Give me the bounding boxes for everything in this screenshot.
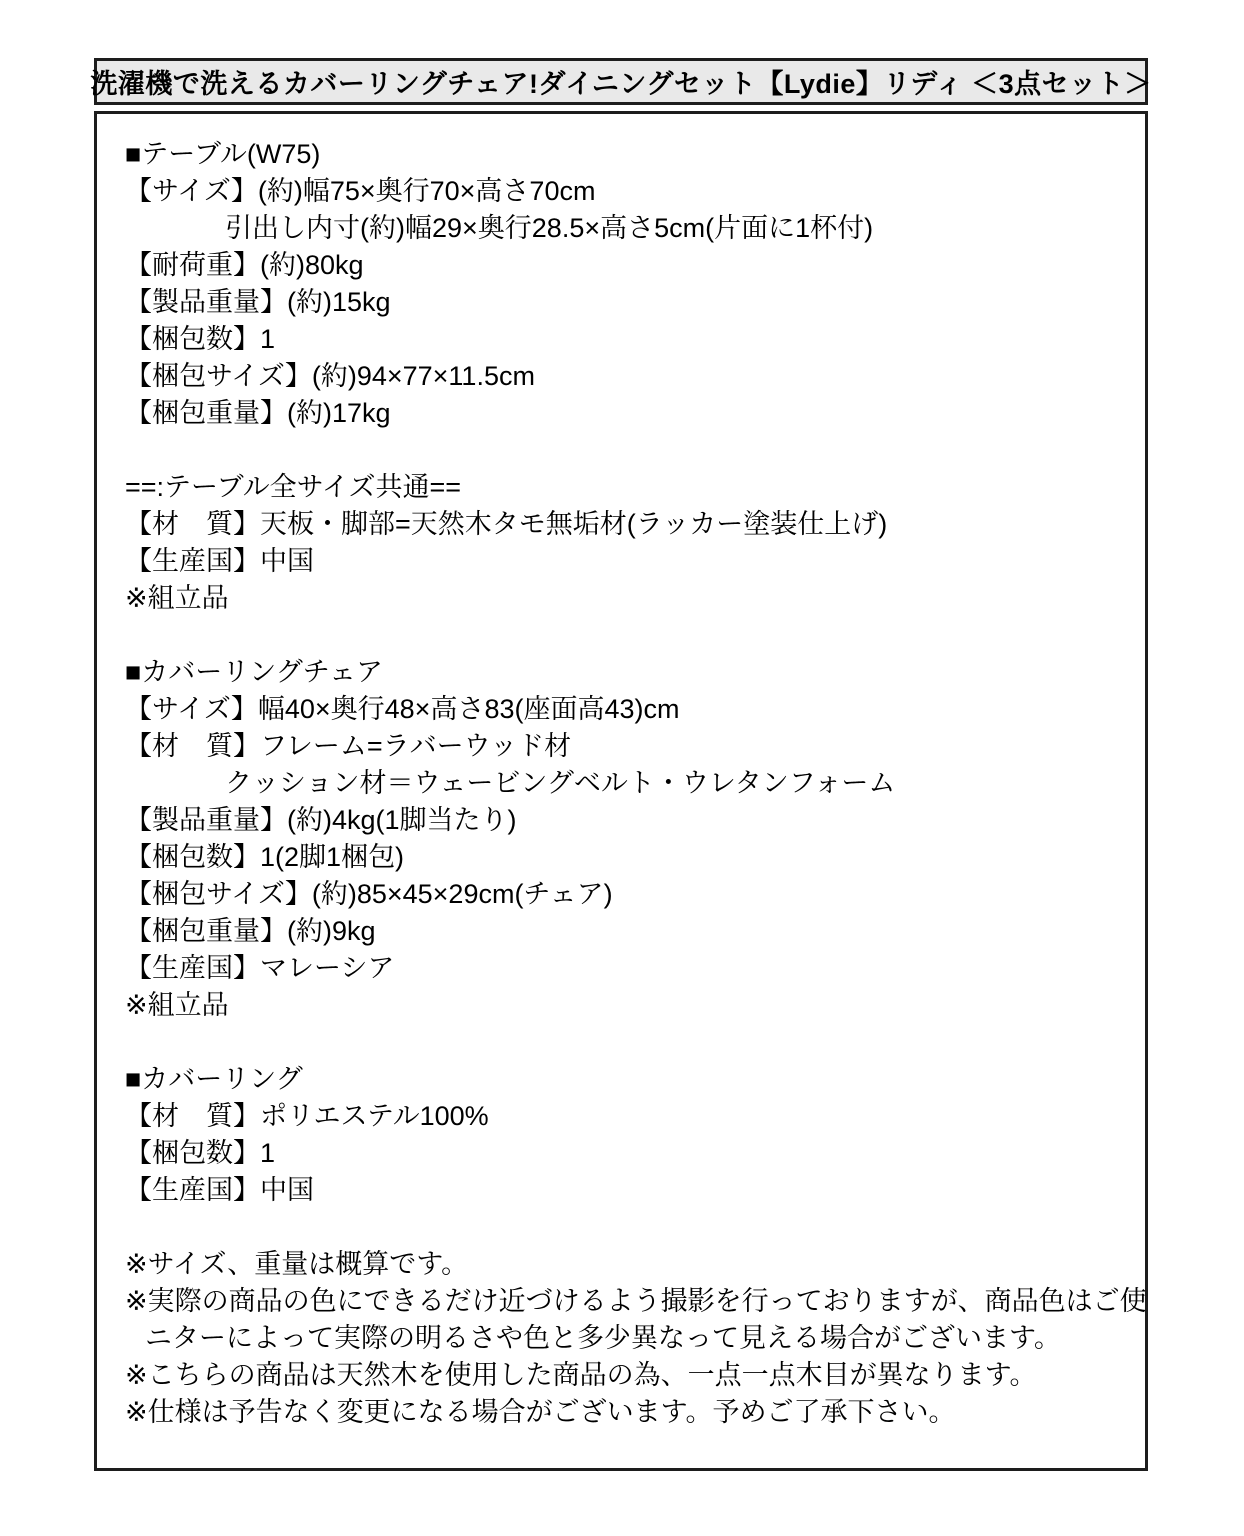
- note-line-wood-grain: ※こちらの商品は天然木を使用した商品の為、一点一点木目が異なります。: [125, 1357, 1131, 1394]
- note-line-approximate: ※サイズ、重量は概算です。: [125, 1246, 1131, 1283]
- spec-line-table-weight: 【製品重量】(約)15kg: [125, 284, 1131, 321]
- spec-line-chair-assembly-note: ※組立品: [125, 987, 1131, 1024]
- section-heading-table: ■テーブル(W75): [125, 136, 1131, 173]
- table-section: ■テーブル(W75)【サイズ】(約)幅75×奥行70×高さ70cm引出し内寸(約…: [125, 136, 1131, 432]
- chair-section: ■カバーリングチェア【サイズ】幅40×奥行48×高さ83(座面高43)cm【材 …: [125, 654, 1131, 1024]
- spec-line-chair-material-cushion: クッション材＝ウェービングベルト・ウレタンフォーム: [125, 765, 1131, 802]
- note-line-color-2: ニターによって実際の明るさや色と多少異なって見える場合がございます。: [125, 1320, 1131, 1357]
- spec-line-table-country: 【生産国】中国: [125, 543, 1131, 580]
- title-bar: 洗濯機で洗えるカバーリングチェア!ダイニングセット【Lydie】リディ ＜3点セ…: [94, 58, 1148, 105]
- spec-line-chair-weight: 【製品重量】(約)4kg(1脚当たり): [125, 802, 1131, 839]
- section-heading-cover: ■カバーリング: [125, 1061, 1131, 1098]
- spec-line-cover-material: 【材 質】ポリエステル100%: [125, 1098, 1131, 1135]
- spec-body: ■テーブル(W75)【サイズ】(約)幅75×奥行70×高さ70cm引出し内寸(約…: [94, 111, 1148, 1471]
- spec-line-chair-package-weight: 【梱包重量】(約)9kg: [125, 913, 1131, 950]
- cover-section: ■カバーリング【材 質】ポリエステル100%【梱包数】1【生産国】中国: [125, 1061, 1131, 1209]
- section-heading-table-common: ==:テーブル全サイズ共通==: [125, 469, 1131, 506]
- spec-line-table-size: 【サイズ】(約)幅75×奥行70×高さ70cm: [125, 173, 1131, 210]
- note-line-color-1: ※実際の商品の色にできるだけ近づけるよう撮影を行っておりますが、商品色はご使用の…: [125, 1283, 1131, 1320]
- spec-line-table-material: 【材 質】天板・脚部=天然木タモ無垢材(ラッカー塗装仕上げ): [125, 506, 1131, 543]
- spec-line-table-assembly-note: ※組立品: [125, 580, 1131, 617]
- note-line-spec-change: ※仕様は予告なく変更になる場合がございます。予めご了承下さい。: [125, 1394, 1131, 1431]
- spec-line-chair-country: 【生産国】マレーシア: [125, 950, 1131, 987]
- spec-line-cover-country: 【生産国】中国: [125, 1172, 1131, 1209]
- notes-section: ※サイズ、重量は概算です。※実際の商品の色にできるだけ近づけるよう撮影を行ってお…: [125, 1246, 1131, 1431]
- product-spec-sheet: 洗濯機で洗えるカバーリングチェア!ダイニングセット【Lydie】リディ ＜3点セ…: [0, 0, 1244, 1536]
- spec-line-table-package-count: 【梱包数】1: [125, 321, 1131, 358]
- spec-line-chair-size: 【サイズ】幅40×奥行48×高さ83(座面高43)cm: [125, 691, 1131, 728]
- table-common-section: ==:テーブル全サイズ共通==【材 質】天板・脚部=天然木タモ無垢材(ラッカー塗…: [125, 469, 1131, 617]
- spec-blocks-container: ■テーブル(W75)【サイズ】(約)幅75×奥行70×高さ70cm引出し内寸(約…: [125, 136, 1131, 1431]
- section-heading-chair: ■カバーリングチェア: [125, 654, 1131, 691]
- spec-line-table-drawer-size: 引出し内寸(約)幅29×奥行28.5×高さ5cm(片面に1杯付): [125, 210, 1131, 247]
- spec-line-chair-material-frame: 【材 質】フレーム=ラバーウッド材: [125, 728, 1131, 765]
- spec-line-chair-package-size: 【梱包サイズ】(約)85×45×29cm(チェア): [125, 876, 1131, 913]
- spec-line-cover-package-count: 【梱包数】1: [125, 1135, 1131, 1172]
- spec-line-table-package-size: 【梱包サイズ】(約)94×77×11.5cm: [125, 358, 1131, 395]
- spec-line-table-package-weight: 【梱包重量】(約)17kg: [125, 395, 1131, 432]
- spec-line-table-load: 【耐荷重】(約)80kg: [125, 247, 1131, 284]
- page-title: 洗濯機で洗えるカバーリングチェア!ダイニングセット【Lydie】リディ ＜3点セ…: [90, 62, 1151, 101]
- spec-line-chair-package-count: 【梱包数】1(2脚1梱包): [125, 839, 1131, 876]
